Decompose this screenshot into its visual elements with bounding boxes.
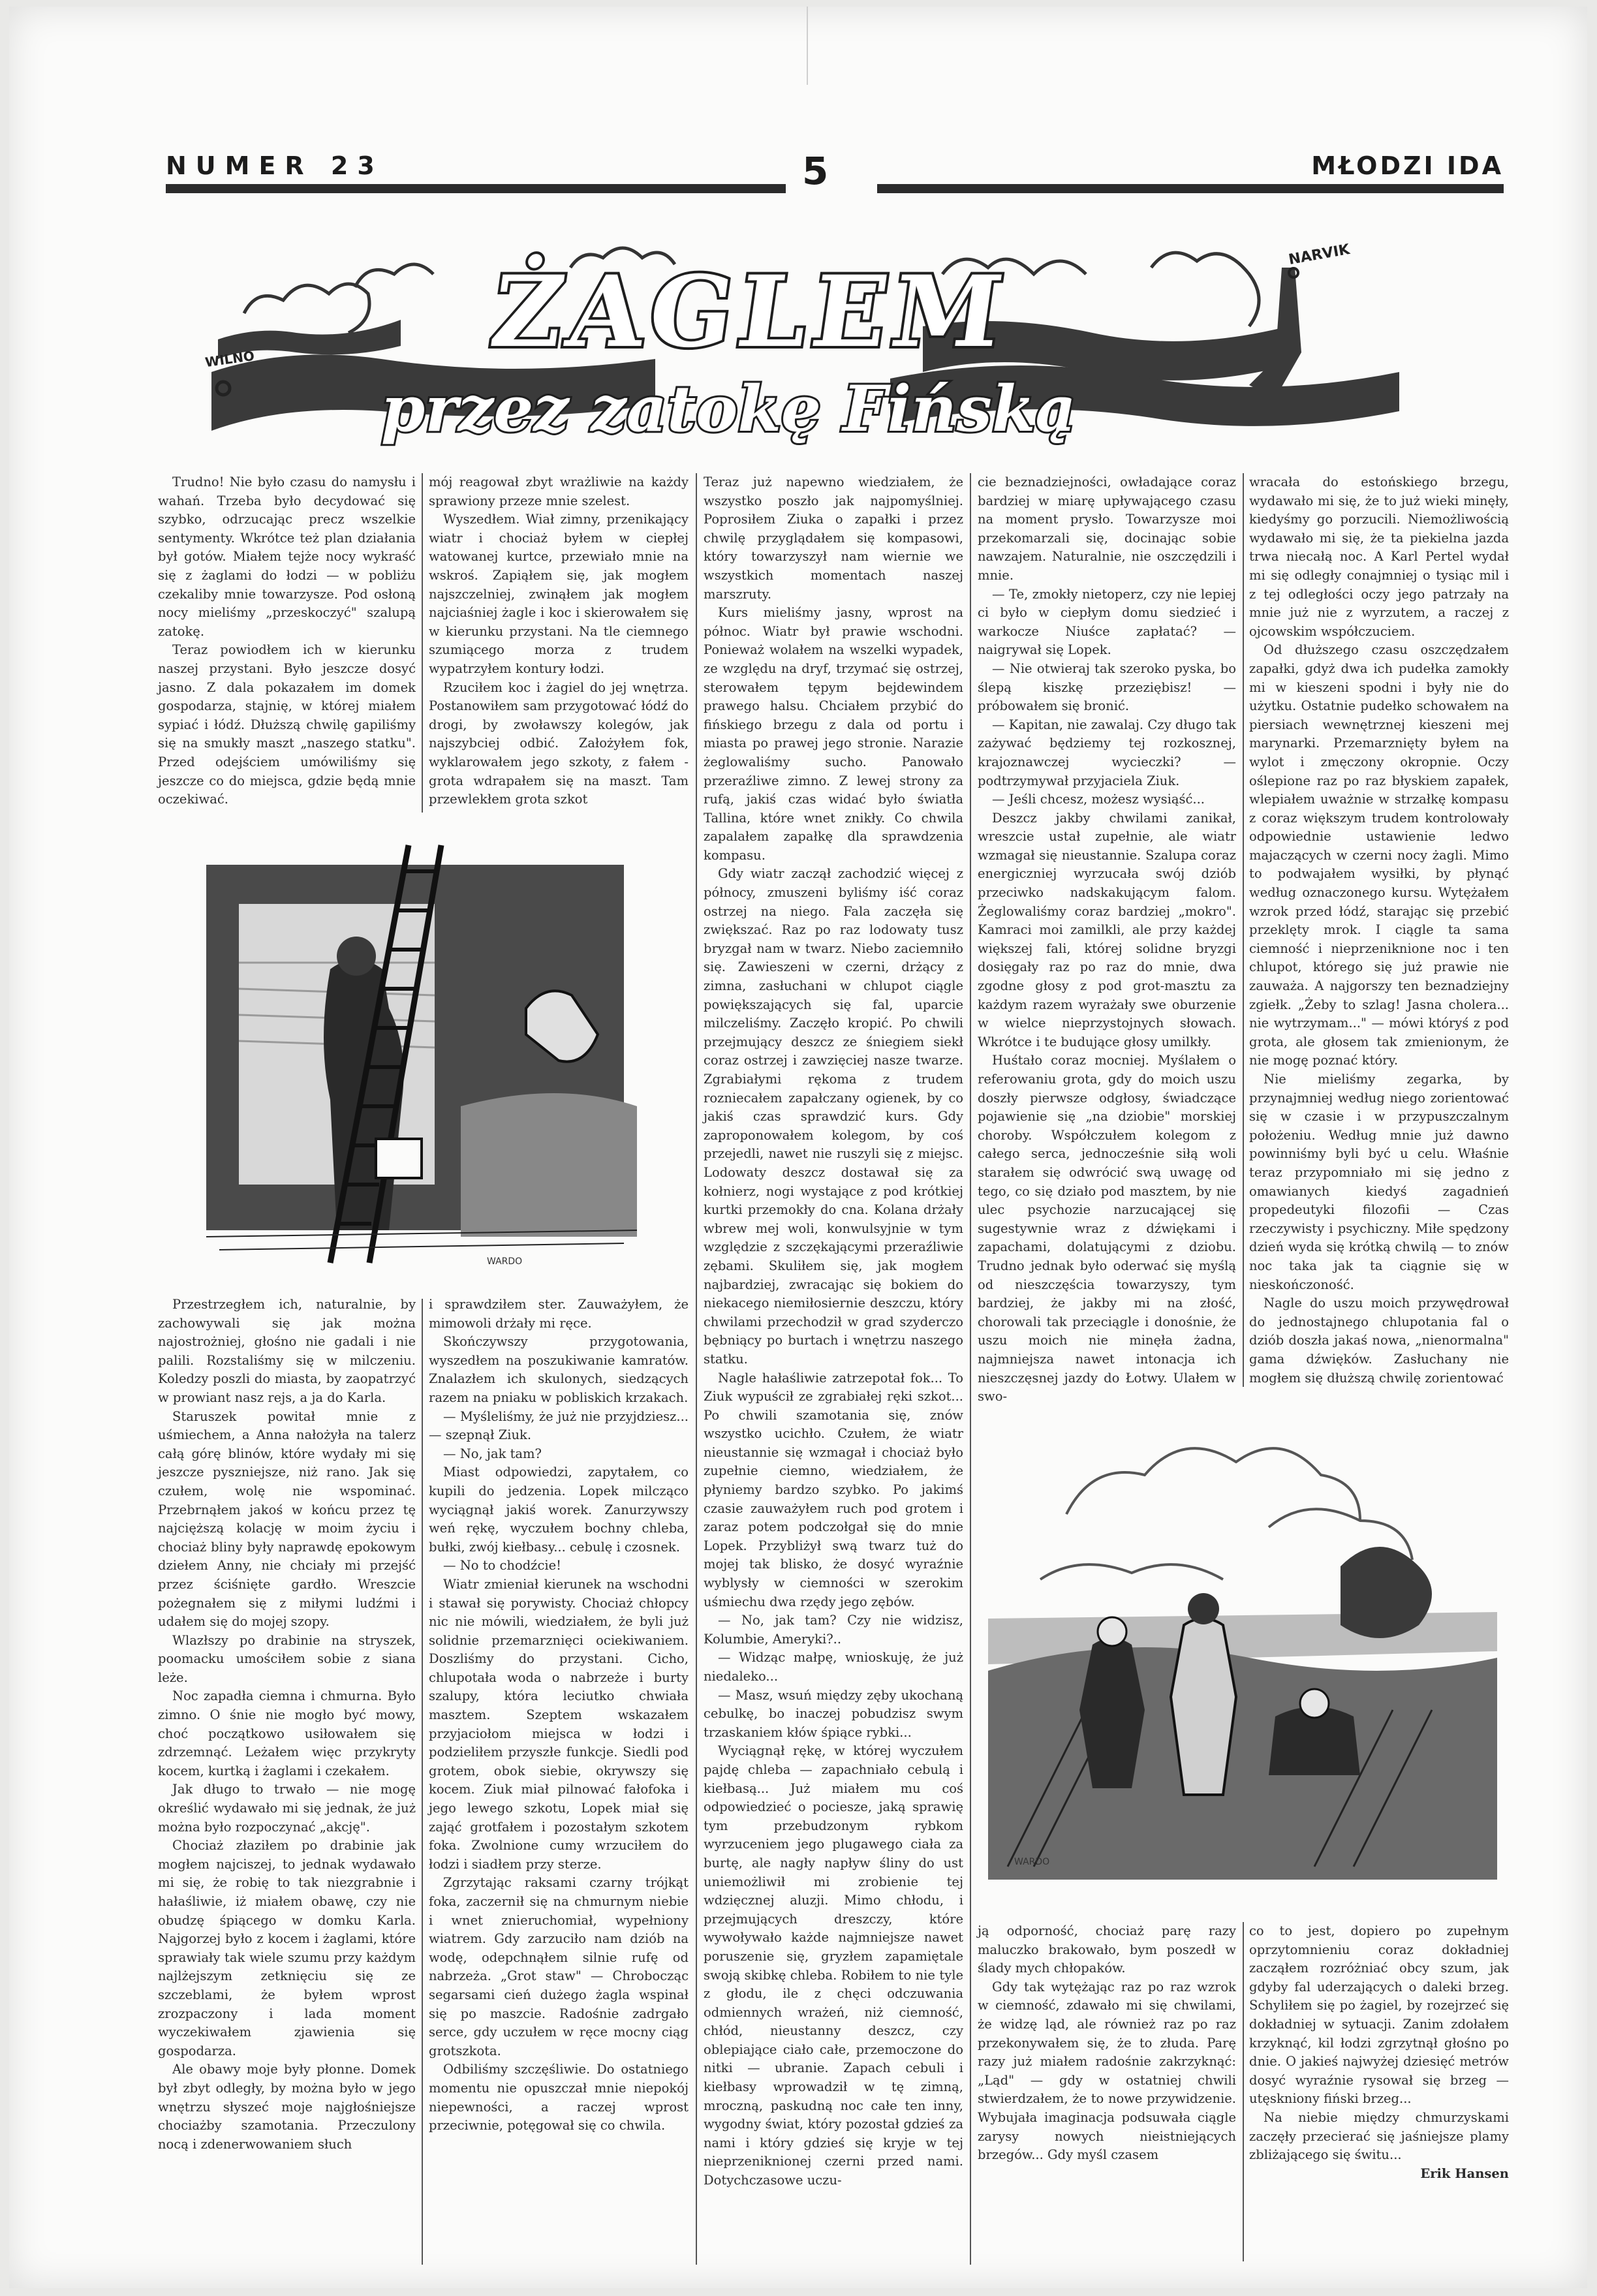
article-title: ŻAGLEM xyxy=(484,255,1015,369)
paragraph: — No, jak tam? Czy nie widzisz, Kolumbie… xyxy=(704,1611,963,1649)
column-divider xyxy=(422,1299,423,2265)
article-subtitle: przez zatokę Fińską xyxy=(381,372,1076,446)
author-byline: Erik Hansen xyxy=(1249,2165,1509,2184)
paragraph: Deszcz jakby chwilami zanikał, wreszcie … xyxy=(978,809,1236,1052)
illustration-man-with-ladder: WARDO xyxy=(180,832,663,1276)
paragraph: — Jeśli chcesz, możesz wysiąść... xyxy=(978,790,1236,809)
paragraph: Kurs mieliśmy jasny, wprost na północ. W… xyxy=(704,604,963,865)
column-4-bottom: ją odporność, chociaż parę razy maluczko… xyxy=(978,1922,1236,2165)
paragraph: Nagle do uszu moich przywędrował do jedn… xyxy=(1249,1294,1509,1388)
paragraph: i sprawdziłem ster. Zauważyłem, że mimow… xyxy=(429,1295,689,1333)
paragraph: Zgrzytając raksami czarny trójkąt foka, … xyxy=(429,1874,689,2060)
paragraph: Gdy wiatr zaczął zachodzić więcej z półn… xyxy=(704,865,963,1369)
paragraph: Wyciągnął rękę, w której wyczułem pajdę … xyxy=(704,1742,963,2190)
header-rule-left xyxy=(166,184,786,193)
column-divider xyxy=(1243,473,1244,1387)
paragraph: cie beznadziejności, owładające coraz ba… xyxy=(978,473,1236,585)
paragraph: Noc zapadła ciemna i chmurna. Było zimno… xyxy=(158,1687,416,1780)
paragraph: Teraz powiodłem ich w kierunku naszej pr… xyxy=(158,641,416,809)
paragraph: — Te, zmokły nietoperz, czy nie lepiej c… xyxy=(978,585,1236,660)
paragraph: ją odporność, chociaż parę razy maluczko… xyxy=(978,1922,1236,1978)
paragraph: — Myśleliśmy, że już nie przyjdziesz... … xyxy=(429,1408,689,1445)
page-fold xyxy=(807,7,808,85)
newspaper-page: NUMER 23 5 MŁODZI IDA WILNO xyxy=(9,7,1587,2288)
column-1-top: Trudno! Nie było czasu do namysłu i waha… xyxy=(158,473,416,809)
paragraph: co to jest, dopiero po zupełnym oprzytom… xyxy=(1249,1922,1509,2109)
paragraph: Huśtało coraz mocniej. Myślałem o refero… xyxy=(978,1051,1236,1406)
publication-name: MŁODZI IDA xyxy=(1311,151,1504,180)
paragraph: Wlazłszy po drabinie na stryszek, poomac… xyxy=(158,1632,416,1688)
column-1-bottom: Przestrzegłem ich, naturalnie, by zachow… xyxy=(158,1295,416,2154)
paragraph: mój reagował zbyt wrażliwie na każdy spr… xyxy=(429,473,689,510)
page-number: 5 xyxy=(802,149,828,193)
paragraph: Przestrzegłem ich, naturalnie, by zachow… xyxy=(158,1295,416,1408)
barn-scene-icon xyxy=(180,832,663,1276)
paragraph: Chociaż złaziłem po drabinie jak mogłem … xyxy=(158,1837,416,2060)
paragraph: Jak długo to trwało — nie mogę określić … xyxy=(158,1780,416,1837)
paragraph: — Masz, wsuń między zęby ukochaną cebulk… xyxy=(704,1686,963,1743)
paragraph: Rzuciłem koc i żagiel do jej wnętrza. Po… xyxy=(429,679,689,809)
column-5-top: wracała do estońskiego brzegu, wydawało … xyxy=(1249,473,1509,1388)
paragraph: Skończywszy przygotowania, wyszedłem na … xyxy=(429,1333,689,1407)
paragraph: — No, jak tam? xyxy=(429,1445,689,1464)
article-banner: WILNO NARVIK ŻAGLEM przez zatokę Fińską xyxy=(205,241,1419,457)
paragraph: Od dłuższego czasu oszczędzałem zapałki,… xyxy=(1249,641,1509,1070)
column-4-top: cie beznadziejności, owładające coraz ba… xyxy=(978,473,1236,1406)
column-divider xyxy=(1243,1922,1244,2261)
paragraph: Miast odpowiedzi, zapytałem, co kupili d… xyxy=(429,1463,689,1557)
paragraph: Wyszedłem. Wiał zimny, przenikający wiat… xyxy=(429,510,689,678)
column-2-bottom: i sprawdziłem ster. Zauważyłem, że mimow… xyxy=(429,1295,689,2135)
paragraph: Nie mieliśmy zegarka, by przynajmniej we… xyxy=(1249,1070,1509,1294)
paragraph: Odbiliśmy szczęśliwie. Do ostatniego mom… xyxy=(429,2060,689,2135)
paragraph: Teraz już napewno wiedziałem, że wszystk… xyxy=(704,473,963,604)
paragraph: wracała do estońskiego brzegu, wydawało … xyxy=(1249,473,1509,641)
paragraph: Nagle hałaśliwie zatrzepotał fok... To Z… xyxy=(704,1369,963,1612)
column-divider xyxy=(696,473,697,2265)
illustrator-signature: WARDO xyxy=(1014,1857,1049,1867)
paragraph: Trudno! Nie było czasu do namysłu i waha… xyxy=(158,473,416,641)
column-5-bottom: co to jest, dopiero po zupełnym oprzytom… xyxy=(1249,1922,1509,2183)
page-header: NUMER 23 5 MŁODZI IDA xyxy=(166,151,1504,191)
paragraph: Staruszek powitał mnie z uśmiechem, a An… xyxy=(158,1408,416,1632)
column-divider xyxy=(970,473,971,2265)
paragraph: — Widząc małpę, wnioskuję, że już niedal… xyxy=(704,1649,963,1686)
paragraph: — Nie otwieraj tak szeroko pyska, bo śle… xyxy=(978,660,1236,716)
paragraph: — Kapitan, nie zawalaj. Czy długo tak za… xyxy=(978,716,1236,790)
column-divider xyxy=(422,473,423,813)
illustrator-signature: WARDO xyxy=(487,1256,522,1267)
paragraph: Gdy tak wytężając raz po raz wzrok w cie… xyxy=(978,1978,1236,2165)
paragraph: Wiatr zmieniał kierunek na wschodni i st… xyxy=(429,1575,689,1874)
illustration-boys-on-shore: WARDO xyxy=(988,1410,1497,1880)
paragraph: — No to chodźcie! xyxy=(429,1557,689,1575)
paragraph: Na niebie między chmurzyskami zaczęły pr… xyxy=(1249,2109,1509,2165)
column-2-top: mój reagował zbyt wrażliwie na każdy spr… xyxy=(429,473,689,809)
header-rule-right xyxy=(877,184,1504,193)
column-3: Teraz już napewno wiedziałem, że wszystk… xyxy=(704,473,963,2190)
shore-scene-icon xyxy=(988,1410,1497,1880)
issue-number: NUMER 23 xyxy=(166,151,384,180)
paragraph: Ale obawy moje były płonne. Domek był zb… xyxy=(158,2060,416,2154)
